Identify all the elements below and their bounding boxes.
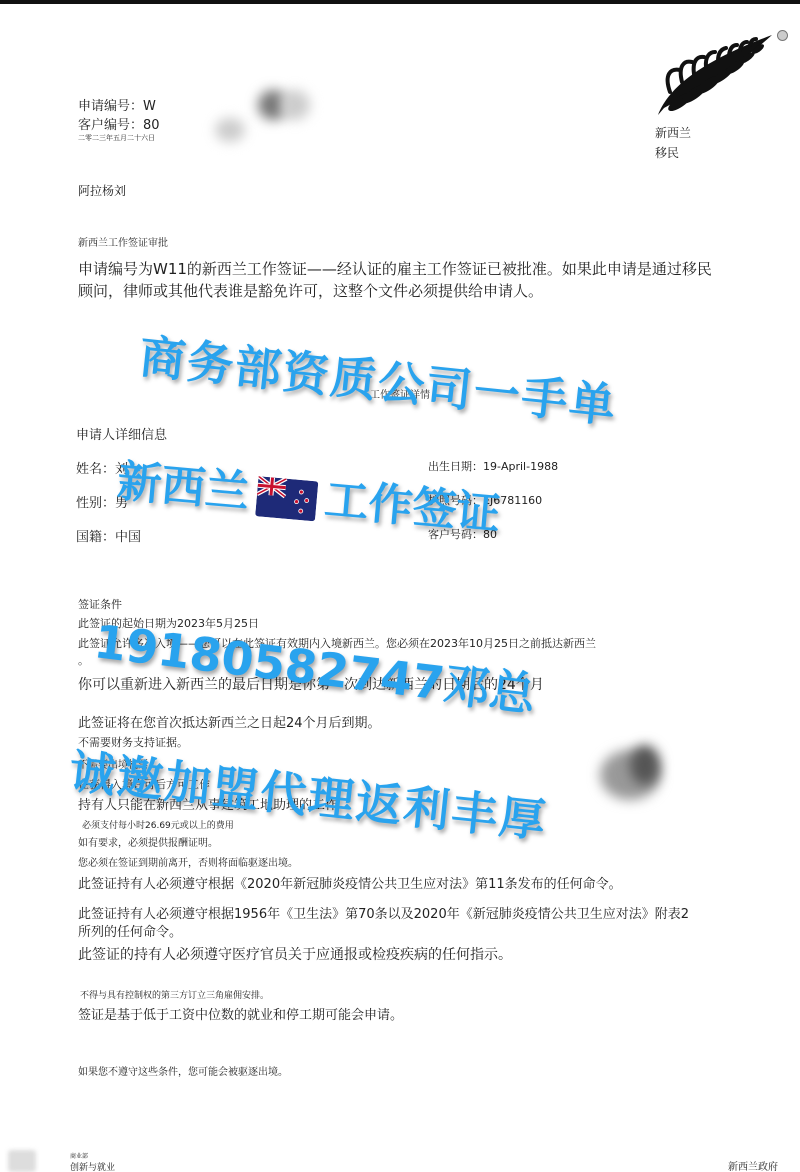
- redaction-smudge: [215, 118, 245, 142]
- application-number: 申请编号：W: [78, 95, 156, 114]
- redaction-smudge: [280, 90, 310, 120]
- applicant-dob: 出生日期：19-April-1988: [428, 458, 558, 474]
- nz-crest-icon: [8, 1150, 36, 1172]
- applicant-nationality: 国籍：中国: [76, 526, 141, 545]
- footer-ministry-small: 商业部: [70, 1151, 88, 1160]
- condition-line: 此签证的持有人必须遵守医疗官员关于应通报或检疫疾病的任何指示。: [78, 944, 512, 964]
- redaction-smudge: [630, 745, 660, 785]
- footer-nz-government: 新西兰政府: [728, 1158, 778, 1172]
- nz-flag-icon: [255, 476, 318, 521]
- condition-line: 此签证持有人必须遵守根据1956年《卫生法》第70条以及2020年《新冠肺炎疫情…: [78, 906, 698, 942]
- silver-fern-logo-icon: [650, 30, 780, 120]
- condition-line: 。: [78, 652, 89, 668]
- logo-text-immigration: 移民: [655, 144, 679, 161]
- top-border: [0, 0, 800, 4]
- footer-ministry-label: 创新与就业: [70, 1160, 115, 1172]
- registered-mark-icon: [777, 30, 788, 41]
- watermark-line-2b: 工作签证: [323, 474, 503, 540]
- intro-paragraph: 申请编号为W11的新西兰工作签证——经认证的雇主工作签证已被批准。如果此申请是通…: [78, 258, 718, 302]
- condition-line: 此签证将在您首次抵达新西兰之日起24个月后到期。: [78, 712, 381, 731]
- watermark-line-2a: 新西兰: [115, 456, 251, 518]
- client-number: 客户编号：80: [78, 114, 160, 133]
- watermark-line-3: 19180582747邓总: [91, 605, 540, 725]
- condition-line: 签证是基于低于工资中位数的就业和停工期可能会申请。: [78, 1004, 403, 1023]
- watermark-line-1: 商务部资质公司一手单: [137, 320, 621, 436]
- condition-line: 您必须在签证到期前离开，否则将面临驱逐出境。: [78, 854, 298, 869]
- letter-date: 二零二三年五月二十六日: [78, 133, 155, 143]
- letter-subject: 新西兰工作签证审批: [78, 234, 168, 249]
- condition-line: 如有要求，必须提供报酬证明。: [78, 834, 218, 849]
- condition-line: 此签证持有人必须遵守根据《2020年新冠肺炎疫情公共卫生应对法》第11条发布的任…: [78, 873, 622, 892]
- logo-text-nz: 新西兰: [655, 124, 691, 141]
- applicant-section-title: 申请人详细信息: [76, 424, 167, 443]
- condition-line: 不得与具有控制权的第三方订立三角雇佣安排。: [80, 988, 269, 1001]
- recipient-name: 阿拉杨刘: [78, 182, 126, 199]
- condition-line: 必须支付每小时26.69元或以上的费用: [82, 818, 234, 831]
- condition-line: 如果您不遵守这些条件，您可能会被驱逐出境。: [78, 1063, 288, 1078]
